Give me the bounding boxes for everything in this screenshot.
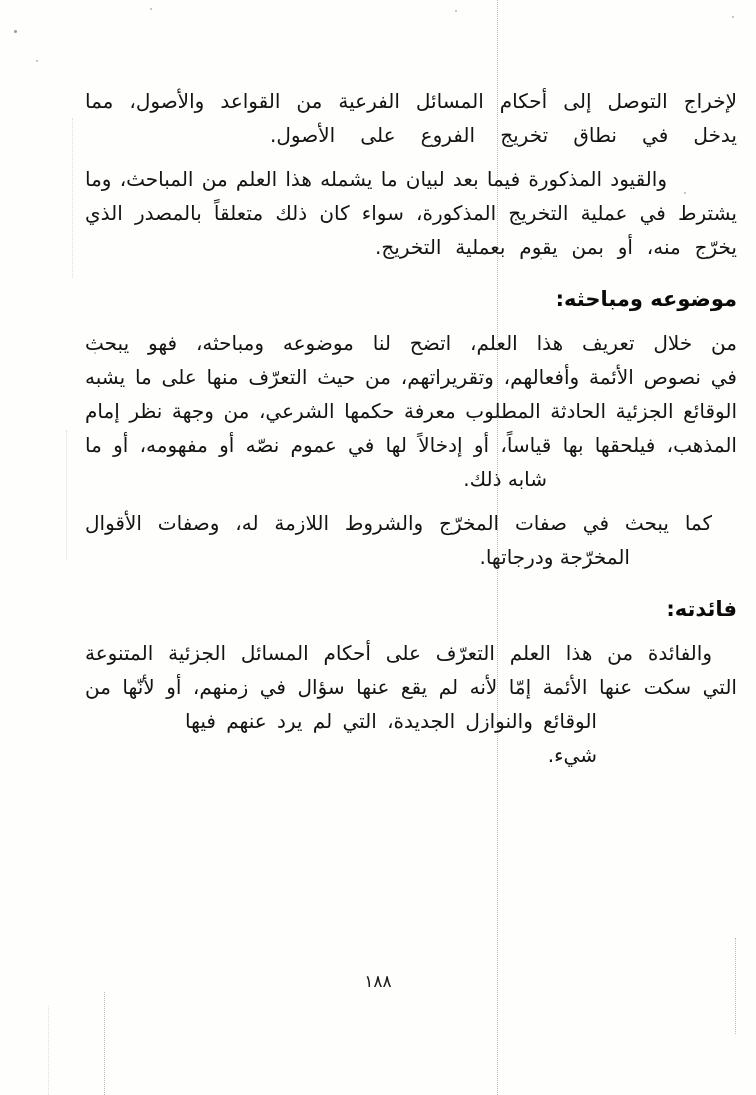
text-line: لإخراج التوصل إلى أحكام المسائل الفرعية …: [85, 84, 737, 118]
text-line: المخرّجة ودرجاتها.: [85, 540, 737, 574]
scan-speck: [36, 60, 38, 62]
text-line: التي سكت عنها الأئمة إمّا لأنه لم يقع عن…: [85, 670, 737, 704]
text-line: الوقائع والنوازل الجديدة، التي لم يرد عن…: [85, 704, 737, 738]
text-line: والفائدة من هذا العلم التعرّف على أحكام …: [85, 636, 737, 670]
paragraph: والقيود المذكورة فيما بعد لبيان ما يشمله…: [85, 162, 737, 264]
scan-speck: [150, 8, 152, 10]
paragraph: لإخراج التوصل إلى أحكام المسائل الفرعية …: [85, 84, 737, 152]
text-line: كما يبحث في صفات المخرّج والشروط اللازمة…: [85, 506, 737, 540]
scan-speck: [14, 30, 17, 33]
paragraph: كما يبحث في صفات المخرّج والشروط اللازمة…: [85, 506, 737, 574]
section-heading: فائدته:: [85, 592, 737, 626]
paragraph: والفائدة من هذا العلم التعرّف على أحكام …: [85, 636, 737, 738]
text-line: في نصوص الأئمة وأفعالهم، وتقريراتهم، من …: [85, 360, 737, 394]
section-heading: موضوعه ومباحثه:: [85, 282, 737, 316]
scan-artifact-bottom-left-dotted-line: [104, 992, 105, 1095]
scan-artifact-left-margin-dots-2: [66, 430, 67, 560]
scan-artifact-bottom-left-dotted-line-2: [48, 1006, 49, 1095]
text-line: من خلال تعريف هذا العلم، اتضح لنا موضوعه…: [85, 326, 737, 360]
scan-speck: [455, 10, 457, 12]
text-block: لإخراج التوصل إلى أحكام المسائل الفرعية …: [85, 84, 737, 738]
text-line: والقيود المذكورة فيما بعد لبيان ما يشمله…: [85, 162, 737, 196]
text-line: شابه ذلك.: [85, 462, 737, 496]
page-number: ١٨٨: [0, 972, 756, 992]
scan-artifact-left-margin-dots: [72, 118, 73, 278]
scanned-book-page: لإخراج التوصل إلى أحكام المسائل الفرعية …: [0, 0, 756, 1095]
text-line: الوقائع الجزئية الحادثة المطلوب معرفة حك…: [85, 394, 737, 428]
paragraph: من خلال تعريف هذا العلم، اتضح لنا موضوعه…: [85, 326, 737, 496]
text-line: يدخل في نطاق تخريج الفروع على الأصول.: [85, 118, 737, 152]
text-line: يشترط في عملية التخريج المذكورة، سواء كا…: [85, 196, 737, 230]
scan-speck: [732, 16, 734, 18]
text-line: يخرّج منه، أو بمن يقوم بعملية التخريج.: [85, 230, 737, 264]
text-line: المذهب، فيلحقها بها قياساً، أو إدخالاً ل…: [85, 428, 737, 462]
